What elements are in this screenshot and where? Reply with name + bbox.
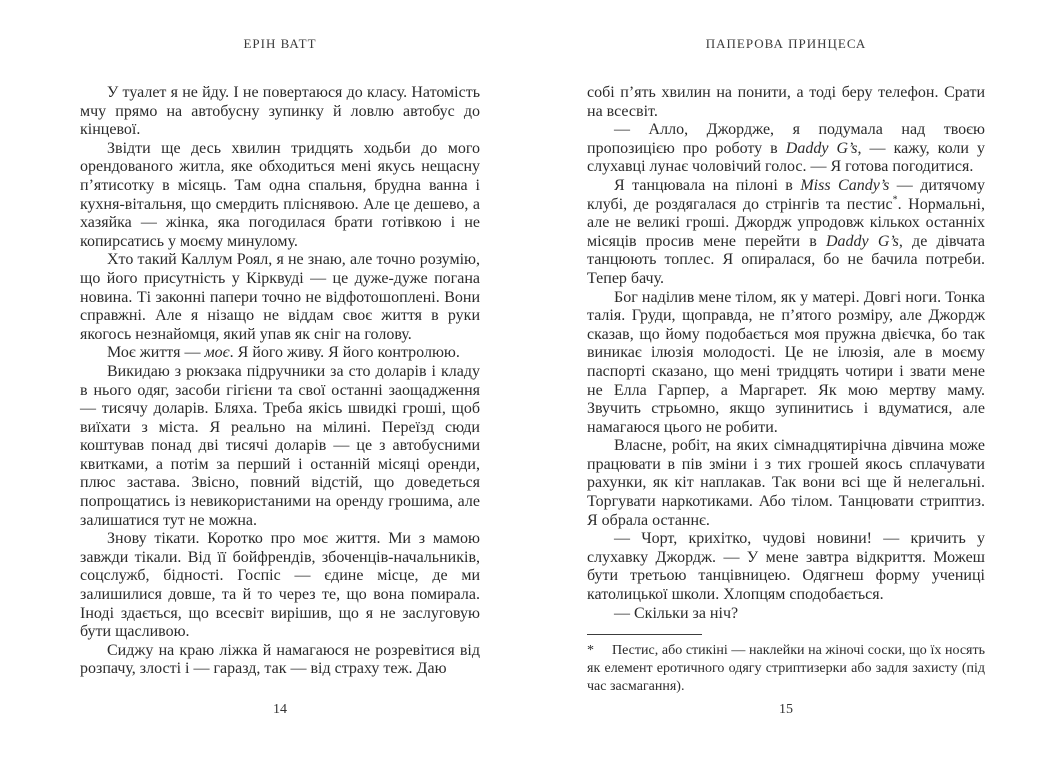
text-run: Daddy G’s xyxy=(826,233,899,250)
footnote-divider xyxy=(587,634,702,635)
running-header-right: ПАПЕРОВА ПРИНЦЕСА xyxy=(587,36,985,50)
text-run: Власне, робіт, на яких сімнадцятирічна д… xyxy=(587,437,985,528)
paragraph: Звідти ще десь хвилин тридцять ходьби до… xyxy=(80,140,480,252)
text-run: Моє життя — xyxy=(107,344,204,361)
text-run: — Чорт, крихітко, чудові новини! — кричи… xyxy=(587,530,985,603)
footnote-marker: * xyxy=(587,642,612,660)
page-number-left: 14 xyxy=(80,702,480,718)
text-run: Звідти ще десь хвилин тридцять ходьби до… xyxy=(80,140,480,250)
page-left: ЕРІН ВАТТ У туалет я не йду. І не поверт… xyxy=(0,0,525,760)
text-run: Miss Candy’s xyxy=(800,177,889,194)
text-run: Викидаю з рюкзака підручники за сто дола… xyxy=(80,363,480,529)
text-run: Сиджу на краю ліжка й намагаюся не розре… xyxy=(80,642,480,678)
footnote-body: Пестис, або стикіні — наклейки на жіночі… xyxy=(587,643,985,694)
paragraph: Знову тікати. Коротко про моє життя. Ми … xyxy=(80,530,480,642)
text-run: У туалет я не йду. І не повертаюся до кл… xyxy=(80,84,480,138)
paragraph: У туалет я не йду. І не повертаюся до кл… xyxy=(80,84,480,140)
paragraph: Сиджу на краю ліжка й намагаюся не розре… xyxy=(80,642,480,679)
paragraph: Я танцювала на пілоні в Miss Candy’s — д… xyxy=(587,177,985,289)
paragraph: Моє життя — моє. Я його живу. Я його кон… xyxy=(80,344,480,363)
text-run: Бог наділив мене тілом, як у матері. Дов… xyxy=(587,289,985,436)
page-body-left: У туалет я не йду. І не повертаюся до кл… xyxy=(80,84,480,679)
running-header-left: ЕРІН ВАТТ xyxy=(80,36,480,50)
text-run: собі п’ять хвилин на понити, а тоді беру… xyxy=(587,84,985,120)
footnote: *Пестис, або стикіні — наклейки на жіноч… xyxy=(587,634,985,696)
page-right: ПАПЕРОВА ПРИНЦЕСА собі п’ять хвилин на п… xyxy=(525,0,1050,760)
text-run: . Я його живу. Я його контролюю. xyxy=(230,344,460,361)
footnote-text: *Пестис, або стикіні — наклейки на жіноч… xyxy=(587,642,985,696)
page-number-right: 15 xyxy=(587,702,985,718)
text-run: Daddy G’s xyxy=(786,140,858,157)
text-run: Хто такий Каллум Роял, я не знаю, але то… xyxy=(80,251,480,342)
paragraph: — Скільки за ніч? xyxy=(587,605,985,624)
paragraph: Викидаю з рюкзака підручники за сто дола… xyxy=(80,363,480,530)
paragraph: собі п’ять хвилин на понити, а тоді беру… xyxy=(587,84,985,121)
paragraph: Хто такий Каллум Роял, я не знаю, але то… xyxy=(80,251,480,344)
text-run: моє xyxy=(204,344,229,361)
text-run: Знову тікати. Коротко про моє життя. Ми … xyxy=(80,530,480,640)
page-body-right: собі п’ять хвилин на понити, а тоді беру… xyxy=(587,84,985,623)
book-spread: ЕРІН ВАТТ У туалет я не йду. І не поверт… xyxy=(0,0,1050,760)
paragraph: Власне, робіт, на яких сімнадцятирічна д… xyxy=(587,437,985,530)
paragraph: — Алло, Джордже, я подумала над твоєю пр… xyxy=(587,121,985,177)
text-run: — Скільки за ніч? xyxy=(614,605,738,622)
paragraph: Бог наділив мене тілом, як у матері. Дов… xyxy=(587,289,985,438)
text-run: Я танцювала на пілоні в xyxy=(614,177,800,194)
paragraph: — Чорт, крихітко, чудові новини! — кричи… xyxy=(587,530,985,604)
